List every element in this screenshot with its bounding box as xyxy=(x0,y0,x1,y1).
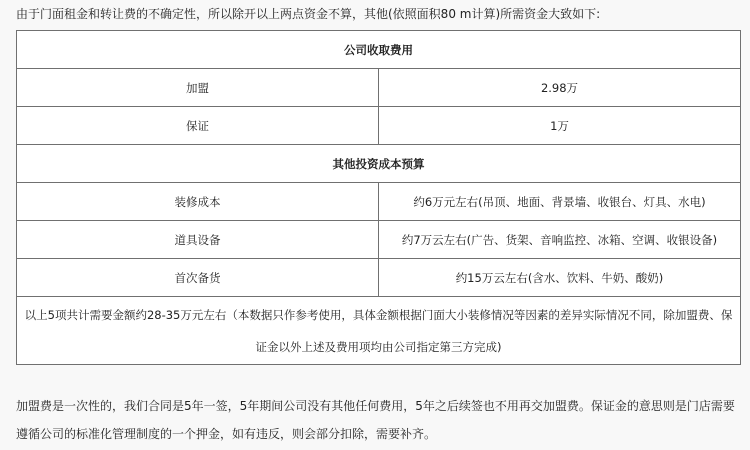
value-cell: 2.98万 xyxy=(379,69,741,107)
value-cell: 约15万云左右(含水、饮料、牛奶、酸奶) xyxy=(379,259,741,297)
table-row: 加盟 2.98万 xyxy=(17,69,741,107)
section-header-row: 公司收取费用 xyxy=(17,31,741,69)
table-row: 道具设备 约7万云左右(广告、货架、音响监控、冰箱、空调、收银设备) xyxy=(17,221,741,259)
item-cell: 保证 xyxy=(17,107,379,145)
table-row: 装修成本 约6万元左右(吊顶、地面、背景墙、收银台、灯具、水电) xyxy=(17,183,741,221)
summary-row: 以上5项共计需要金额约28-35万元左右（本数据只作参考使用，具体金额根据门面大… xyxy=(17,297,741,365)
value-cell: 1万 xyxy=(379,107,741,145)
item-cell: 装修成本 xyxy=(17,183,379,221)
intro-paragraph: 由于门面租金和转让费的不确定性，所以除开以上两点资金不算，其他(依照面积80 m… xyxy=(16,6,746,22)
section-title-company-fees: 公司收取费用 xyxy=(17,31,741,69)
article-page: 由于门面租金和转让费的不确定性，所以除开以上两点资金不算，其他(依照面积80 m… xyxy=(0,0,750,450)
table-row: 首次备货 约15万云左右(含水、饮料、牛奶、酸奶) xyxy=(17,259,741,297)
value-cell: 约7万云左右(广告、货架、音响监控、冰箱、空调、收银设备) xyxy=(379,221,741,259)
section-header-row: 其他投资成本预算 xyxy=(17,145,741,183)
item-cell: 道具设备 xyxy=(17,221,379,259)
cost-table: 公司收取费用 加盟 2.98万 保证 1万 其他投资成本预算 装修成本 约6万元… xyxy=(16,30,741,365)
outro-paragraph: 加盟费是一次性的，我们合同是5年一签，5年期间公司没有其他任何费用，5年之后续签… xyxy=(16,392,746,448)
value-cell: 约6万元左右(吊顶、地面、背景墙、收银台、灯具、水电) xyxy=(379,183,741,221)
summary-cell: 以上5项共计需要金额约28-35万元左右（本数据只作参考使用，具体金额根据门面大… xyxy=(17,297,741,365)
section-title-other-costs: 其他投资成本预算 xyxy=(17,145,741,183)
table-row: 保证 1万 xyxy=(17,107,741,145)
item-cell: 加盟 xyxy=(17,69,379,107)
item-cell: 首次备货 xyxy=(17,259,379,297)
